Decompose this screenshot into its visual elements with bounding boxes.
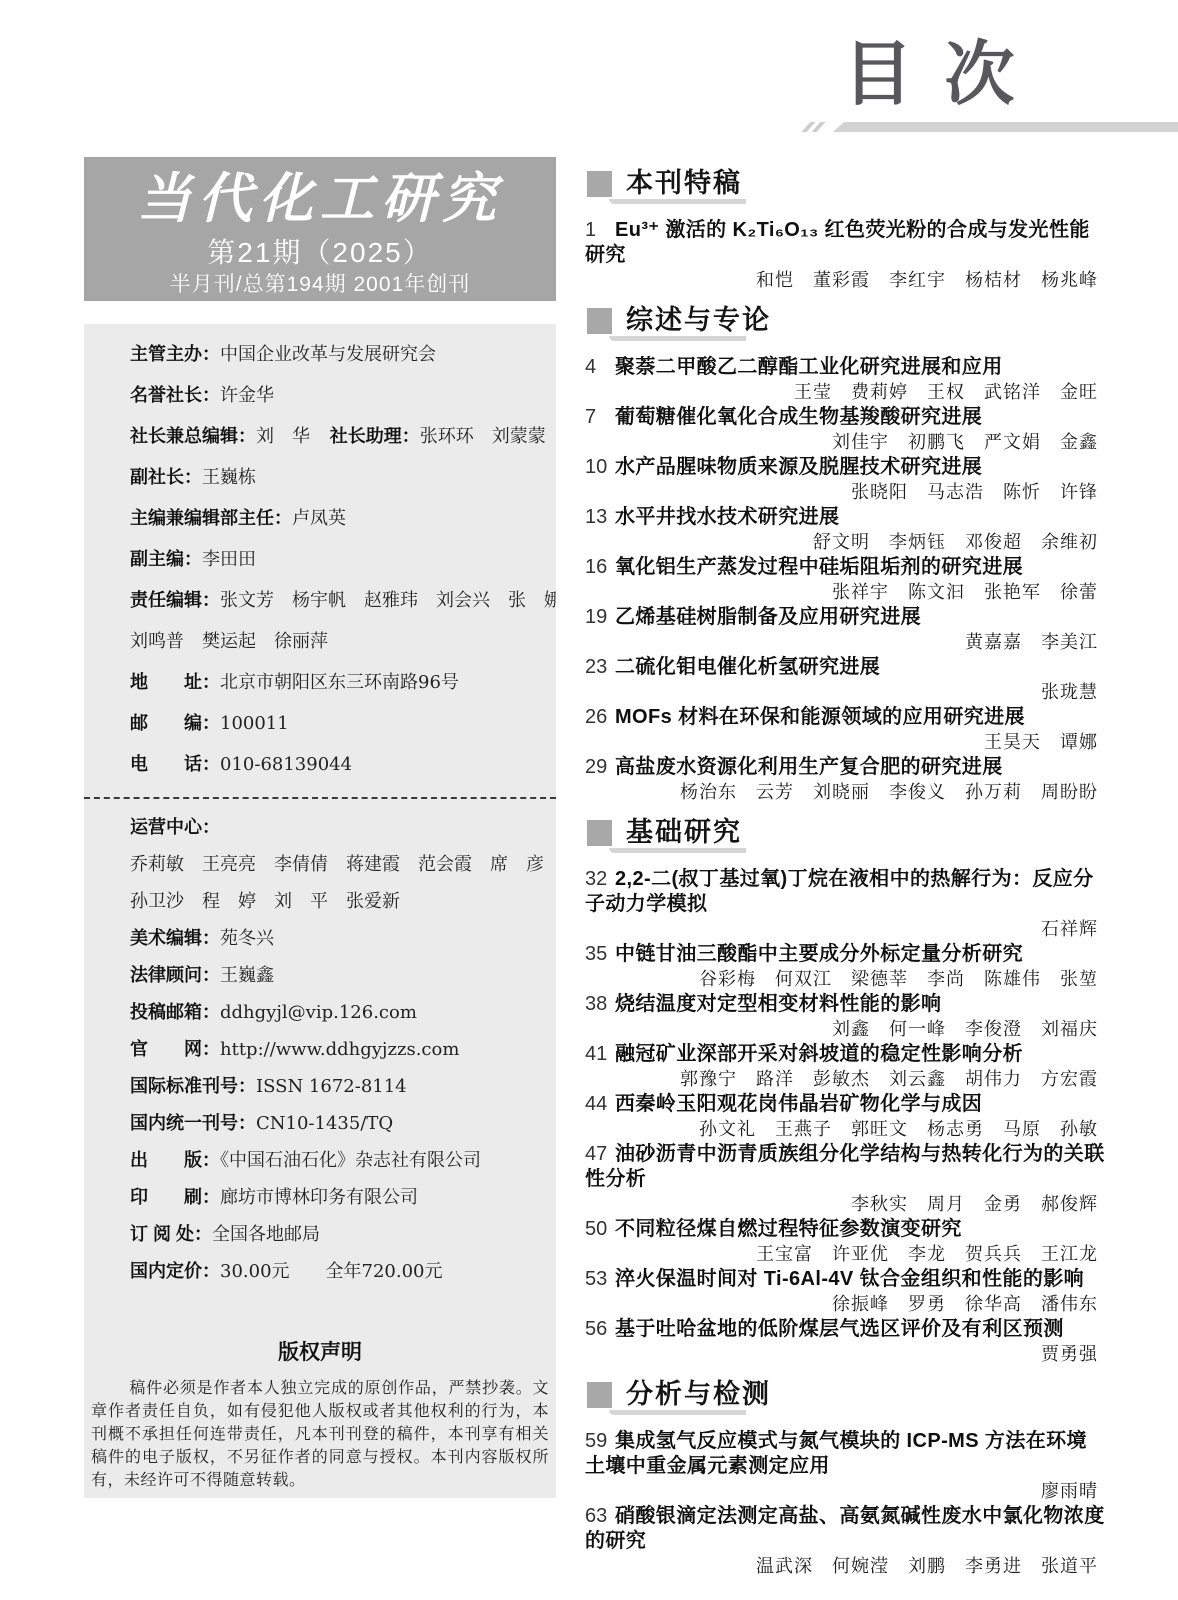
entry-line: 1Eu³⁺ 激活的 K₂Ti₆O₁₃ 红色荧光粉的合成与发光性能研究 bbox=[585, 218, 1106, 268]
entry-page-number: 29 bbox=[585, 755, 615, 780]
toc-entry: 7葡萄糖催化氧化合成生物基羧酸研究进展 刘佳宇 初鹏飞 严文娟 金鑫 bbox=[585, 405, 1106, 455]
section-marker-square-icon bbox=[587, 308, 612, 334]
toc-entry: 23二硫化钼电催化析氢研究进展 张珑慧 bbox=[585, 655, 1106, 705]
field-value: 王巍鑫 bbox=[220, 965, 274, 986]
section-entries: 59集成氢气反应模式与氮气模块的 ICP-MS 方法在环境土壤中重金属元素测定应… bbox=[585, 1429, 1106, 1579]
entry-line: 47油砂沥青中沥青质族组分化学结构与热转化行为的关联性分析 bbox=[585, 1142, 1106, 1192]
masthead-line: 运营中心： bbox=[130, 809, 546, 846]
entry-page-number: 10 bbox=[585, 455, 615, 480]
entry-line: 56基于吐哈盆地的低阶煤层气选区评价及有利区预测 bbox=[585, 1317, 1106, 1342]
entry-authors: 黄嘉嘉 李美江 bbox=[585, 630, 1106, 655]
entry-title: 乙烯基硅树脂制备及应用研究进展 bbox=[615, 606, 921, 628]
masthead-line: 订 阅 处：全国各地邮局 bbox=[130, 1216, 546, 1253]
entry-line: 26MOFs 材料在环保和能源领域的应用研究进展 bbox=[585, 705, 1106, 730]
toc-entry: 29高盐废水资源化利用生产复合肥的研究进展 杨治东 云芳 刘晓丽 李俊义 孙万莉… bbox=[585, 755, 1106, 805]
entry-authors: 王宝富 许亚优 李龙 贺兵兵 王江龙 bbox=[585, 1242, 1106, 1267]
issue-line: 第21期（2025） bbox=[84, 235, 556, 271]
field-label: 责任编辑： bbox=[130, 590, 220, 610]
toc-entry: 50不同粒径煤自燃过程特征参数演变研究 王宝富 许亚优 李龙 贺兵兵 王江龙 bbox=[585, 1217, 1106, 1267]
copyright-body: 稿件必须是作者本人独立完成的原创作品，严禁抄袭。文章作者责任自负，如有侵犯他人版… bbox=[91, 1376, 549, 1491]
section-entries: 4聚萘二甲酸乙二醇酯工业化研究进展和应用 王莹 费莉婷 王权 武铭洋 金旺 7葡… bbox=[585, 355, 1106, 805]
field-value: 刘 华 bbox=[256, 426, 310, 447]
field-value: 张环环 刘蒙蒙 bbox=[420, 426, 546, 447]
operations-lines: 运营中心： 乔莉敏 王亮亮 李倩倩 蒋建霞 范会霞 席 彦 孙卫沙 程 婷 刘 … bbox=[84, 799, 556, 1290]
section-underline-decoration bbox=[609, 336, 746, 341]
field-value: 孙卫沙 程 婷 刘 平 张爱新 bbox=[130, 891, 400, 912]
masthead-line: 法律顾问：王巍鑫 bbox=[130, 957, 546, 994]
toc-section: 基础研究 322,2-二(叔丁基过氧)丁烷在液相中的热解行为：反应分子动力学模拟… bbox=[585, 815, 1106, 1367]
field-value: 《中国石油石化》杂志社有限公司 bbox=[220, 1150, 481, 1171]
masthead-line: 国际标准刊号：ISSN 1672-8114 bbox=[130, 1068, 546, 1105]
toc-section: 综述与专论 4聚萘二甲酸乙二醇酯工业化研究进展和应用 王莹 费莉婷 王权 武铭洋… bbox=[585, 303, 1106, 805]
masthead-line: 国内定价：30.00元 全年720.00元 bbox=[130, 1253, 546, 1290]
field-label: 主管主办： bbox=[130, 344, 220, 364]
masthead-line: 官 网：http://www.ddhgyjzzs.com bbox=[130, 1031, 546, 1068]
left-column: 当代化工研究 第21期（2025） 半月刊/总第194期 2001年创刊 主管主… bbox=[84, 157, 556, 1498]
entry-title: MOFs 材料在环保和能源领域的应用研究进展 bbox=[615, 706, 1025, 728]
section-title: 分析与检测 bbox=[626, 1377, 771, 1411]
toc-entry: 53淬火保温时间对 Ti-6Al-4V 钛合金组织和性能的影响 徐振峰 罗勇 徐… bbox=[585, 1267, 1106, 1317]
entry-title: 葡萄糖催化氧化合成生物基羧酸研究进展 bbox=[615, 406, 982, 428]
masthead-line: 美术编辑：苑冬兴 bbox=[130, 920, 546, 957]
entry-authors: 徐振峰 罗勇 徐华高 潘伟东 bbox=[585, 1292, 1106, 1317]
entry-authors: 张晓阳 马志浩 陈忻 许锋 bbox=[585, 480, 1106, 505]
entry-authors: 张珑慧 bbox=[585, 680, 1106, 705]
masthead-line: 出 版：《中国石油石化》杂志社有限公司 bbox=[130, 1142, 546, 1179]
entry-page-number: 16 bbox=[585, 555, 615, 580]
entry-title: 硝酸银滴定法测定高盐、高氨氮碱性废水中氯化物浓度的研究 bbox=[585, 1505, 1105, 1552]
entry-page-number: 44 bbox=[585, 1092, 615, 1117]
entry-title: 基于吐哈盆地的低阶煤层气选区评价及有利区预测 bbox=[615, 1318, 1064, 1340]
toc-entry: 35中链甘油三酸酯中主要成分外标定量分析研究 谷彩梅 何双江 梁德莘 李尚 陈雄… bbox=[585, 942, 1106, 992]
masthead-line: 社长兼总编辑：刘 华社长助理：张环环 刘蒙蒙 bbox=[130, 416, 546, 457]
field-label: 副社长： bbox=[130, 467, 202, 487]
entry-page-number: 38 bbox=[585, 992, 615, 1017]
entry-page-number: 41 bbox=[585, 1042, 615, 1067]
toc-section: 本刊特稿 1Eu³⁺ 激活的 K₂Ti₆O₁₃ 红色荧光粉的合成与发光性能研究 … bbox=[585, 166, 1106, 293]
entry-page-number: 50 bbox=[585, 1217, 615, 1242]
entry-page-number: 23 bbox=[585, 655, 615, 680]
field-value: 廊坊市博林印务有限公司 bbox=[220, 1187, 418, 1208]
entry-line: 16氧化铝生产蒸发过程中硅垢阻垢剂的研究进展 bbox=[585, 555, 1106, 580]
toc-entry: 59集成氢气反应模式与氮气模块的 ICP-MS 方法在环境土壤中重金属元素测定应… bbox=[585, 1429, 1106, 1504]
toc-entry: 4聚萘二甲酸乙二醇酯工业化研究进展和应用 王莹 费莉婷 王权 武铭洋 金旺 bbox=[585, 355, 1106, 405]
field-value: 苑冬兴 bbox=[220, 928, 274, 949]
entry-authors: 张祥宇 陈文汩 张艳军 徐蕾 bbox=[585, 580, 1106, 605]
entry-authors: 杨治东 云芳 刘晓丽 李俊义 孙万莉 周盼盼 bbox=[585, 780, 1106, 805]
entry-title: 聚萘二甲酸乙二醇酯工业化研究进展和应用 bbox=[615, 356, 1003, 378]
section-header: 综述与专论 bbox=[585, 303, 1106, 339]
field-label: 国内定价： bbox=[130, 1261, 220, 1281]
entry-page-number: 53 bbox=[585, 1267, 615, 1292]
entry-line: 50不同粒径煤自燃过程特征参数演变研究 bbox=[585, 1217, 1106, 1242]
entry-authors: 廖雨晴 bbox=[585, 1479, 1106, 1504]
entry-authors: 刘佳宇 初鹏飞 严文娟 金鑫 bbox=[585, 430, 1106, 455]
toc-entry: 16氧化铝生产蒸发过程中硅垢阻垢剂的研究进展 张祥宇 陈文汩 张艳军 徐蕾 bbox=[585, 555, 1106, 605]
field-label: 社长兼总编辑： bbox=[130, 426, 256, 446]
field-label: 美术编辑： bbox=[130, 928, 220, 948]
entry-line: 63硝酸银滴定法测定高盐、高氨氮碱性废水中氯化物浓度的研究 bbox=[585, 1504, 1106, 1554]
masthead-line: 印 刷：廊坊市博林印务有限公司 bbox=[130, 1179, 546, 1216]
masthead-lines: 主管主办：中国企业改革与发展研究会 名誉社长：许金华 社长兼总编辑：刘 华社长助… bbox=[84, 324, 556, 785]
entry-line: 322,2-二(叔丁基过氧)丁烷在液相中的热解行为：反应分子动力学模拟 bbox=[585, 867, 1106, 917]
toc-entry: 47油砂沥青中沥青质族组分化学结构与热转化行为的关联性分析 李秋实 周月 金勇 … bbox=[585, 1142, 1106, 1217]
entry-title: 二硫化钼电催化析氢研究进展 bbox=[615, 656, 880, 678]
toc-entry: 1Eu³⁺ 激活的 K₂Ti₆O₁₃ 红色荧光粉的合成与发光性能研究 和恺 董彩… bbox=[585, 218, 1106, 293]
entry-line: 19乙烯基硅树脂制备及应用研究进展 bbox=[585, 605, 1106, 630]
toc-sections: 本刊特稿 1Eu³⁺ 激活的 K₂Ti₆O₁₃ 红色荧光粉的合成与发光性能研究 … bbox=[585, 166, 1106, 1579]
toc-entry: 322,2-二(叔丁基过氧)丁烷在液相中的热解行为：反应分子动力学模拟 石祥辉 bbox=[585, 867, 1106, 942]
field-value: 李田田 bbox=[202, 549, 256, 570]
field-label: 订 阅 处： bbox=[130, 1224, 212, 1244]
toc-entry: 38烧结温度对定型相变材料性能的影响 刘鑫 何一峰 李俊澄 刘福庆 bbox=[585, 992, 1106, 1042]
field-label: 地 址： bbox=[130, 672, 220, 692]
field-label: 投稿邮箱： bbox=[130, 1002, 220, 1022]
section-title: 综述与专论 bbox=[626, 303, 771, 337]
field-label: 社长助理： bbox=[330, 426, 420, 446]
toc-entry: 10水产品腥味物质来源及脱腥技术研究进展 张晓阳 马志浩 陈忻 许锋 bbox=[585, 455, 1106, 505]
entry-title: 高盐废水资源化利用生产复合肥的研究进展 bbox=[615, 756, 1003, 778]
masthead-line: 国内统一刊号：CN10-1435/TQ bbox=[130, 1105, 546, 1142]
field-value: 张文芳 杨宇帆 赵雅玮 刘会兴 张 娜 bbox=[220, 590, 556, 611]
entry-authors: 温武深 何婉滢 刘鹏 李勇进 张道平 bbox=[585, 1554, 1106, 1579]
field-value: 卢凤英 bbox=[292, 508, 346, 529]
field-value: 中国企业改革与发展研究会 bbox=[220, 344, 436, 365]
masthead-box: 主管主办：中国企业改革与发展研究会 名誉社长：许金华 社长兼总编辑：刘 华社长助… bbox=[84, 324, 556, 1498]
banner-rule-decoration bbox=[833, 122, 1178, 132]
entry-authors: 孙文礼 王燕子 郭旺文 杨志勇 马原 孙敏 bbox=[585, 1117, 1106, 1142]
field-label: 官 网： bbox=[130, 1039, 220, 1059]
section-entries: 322,2-二(叔丁基过氧)丁烷在液相中的热解行为：反应分子动力学模拟 石祥辉 … bbox=[585, 867, 1106, 1367]
entry-line: 41融冠矿业深部开采对斜坡道的稳定性影响分析 bbox=[585, 1042, 1106, 1067]
field-label: 出 版： bbox=[130, 1150, 220, 1170]
entry-page-number: 13 bbox=[585, 505, 615, 530]
field-value: ddhgyjl@vip.126.com bbox=[220, 1002, 417, 1023]
entry-title: 淬火保温时间对 Ti-6Al-4V 钛合金组织和性能的影响 bbox=[615, 1268, 1084, 1290]
masthead-line: 副社长：王巍栋 bbox=[130, 457, 546, 498]
masthead-line: 投稿邮箱：ddhgyjl@vip.126.com bbox=[130, 994, 546, 1031]
toc-entry: 44西秦岭玉阳观花岗伟晶岩矿物化学与成因 孙文礼 王燕子 郭旺文 杨志勇 马原 … bbox=[585, 1092, 1106, 1142]
section-entries: 1Eu³⁺ 激活的 K₂Ti₆O₁₃ 红色荧光粉的合成与发光性能研究 和恺 董彩… bbox=[585, 218, 1106, 293]
section-header: 分析与检测 bbox=[585, 1377, 1106, 1413]
field-value: 30.00元 全年720.00元 bbox=[220, 1261, 443, 1282]
toc-entry: 26MOFs 材料在环保和能源领域的应用研究进展 王昊天 谭娜 bbox=[585, 705, 1106, 755]
entry-line: 53淬火保温时间对 Ti-6Al-4V 钛合金组织和性能的影响 bbox=[585, 1267, 1106, 1292]
entry-title: 2,2-二(叔丁基过氧)丁烷在液相中的热解行为：反应分子动力学模拟 bbox=[585, 868, 1094, 915]
entry-page-number: 56 bbox=[585, 1317, 615, 1342]
entry-authors: 谷彩梅 何双江 梁德莘 李尚 陈雄伟 张堃 bbox=[585, 967, 1106, 992]
masthead-line: 刘鸣普 樊运起 徐丽萍 bbox=[130, 621, 546, 662]
toc-page: 目 次 当代化工研究 第21期（2025） 半月刊/总第194期 2001年创刊… bbox=[0, 0, 1178, 1600]
entry-page-number: 1 bbox=[585, 218, 615, 243]
entry-authors: 舒文明 李炳钰 邓俊超 余维初 bbox=[585, 530, 1106, 555]
entry-page-number: 63 bbox=[585, 1504, 615, 1529]
frequency-line: 半月刊/总第194期 2001年创刊 bbox=[84, 271, 556, 299]
entry-line: 23二硫化钼电催化析氢研究进展 bbox=[585, 655, 1106, 680]
masthead-line: 地 址：北京市朝阳区东三环南路96号 bbox=[130, 662, 546, 703]
masthead-line: 名誉社长：许金华 bbox=[130, 375, 546, 416]
toc-entry: 56基于吐哈盆地的低阶煤层气选区评价及有利区预测 贾勇强 bbox=[585, 1317, 1106, 1367]
entry-authors: 王昊天 谭娜 bbox=[585, 730, 1106, 755]
field-value: 王巍栋 bbox=[202, 467, 256, 488]
field-value: 许金华 bbox=[220, 385, 274, 406]
entry-title: 水产品腥味物质来源及脱腥技术研究进展 bbox=[615, 456, 982, 478]
section-underline-decoration bbox=[609, 848, 746, 853]
field-label: 邮 编： bbox=[130, 713, 220, 733]
field-value: 北京市朝阳区东三环南路96号 bbox=[220, 672, 459, 693]
field-label: 名誉社长： bbox=[130, 385, 220, 405]
entry-authors: 和恺 董彩霞 李红宇 杨桔材 杨兆峰 bbox=[585, 268, 1106, 293]
masthead-line: 孙卫沙 程 婷 刘 平 张爱新 bbox=[130, 883, 546, 920]
entry-page-number: 4 bbox=[585, 355, 615, 380]
entry-authors: 李秋实 周月 金勇 郝俊辉 bbox=[585, 1192, 1106, 1217]
field-value: 乔莉敏 王亮亮 李倩倩 蒋建霞 范会霞 席 彦 bbox=[130, 854, 544, 875]
entry-line: 4聚萘二甲酸乙二醇酯工业化研究进展和应用 bbox=[585, 355, 1106, 380]
masthead-line: 主编兼编辑部主任：卢凤英 bbox=[130, 498, 546, 539]
field-value: CN10-1435/TQ bbox=[256, 1113, 393, 1134]
field-label: 国际标准刊号： bbox=[130, 1076, 256, 1096]
page-title: 目 次 bbox=[843, 34, 1020, 114]
masthead-line: 责任编辑：张文芳 杨宇帆 赵雅玮 刘会兴 张 娜 bbox=[130, 580, 546, 621]
toc-entry: 63硝酸银滴定法测定高盐、高氨氮碱性废水中氯化物浓度的研究 温武深 何婉滢 刘鹏… bbox=[585, 1504, 1106, 1579]
copyright-title: 版权声明 bbox=[91, 1338, 549, 1368]
entry-title: 氧化铝生产蒸发过程中硅垢阻垢剂的研究进展 bbox=[615, 556, 1023, 578]
masthead-line: 副主编：李田田 bbox=[130, 539, 546, 580]
field-label: 印 刷： bbox=[130, 1187, 220, 1207]
entry-authors: 王莹 费莉婷 王权 武铭洋 金旺 bbox=[585, 380, 1106, 405]
entry-title: 中链甘油三酸酯中主要成分外标定量分析研究 bbox=[615, 943, 1023, 965]
entry-title: 融冠矿业深部开采对斜坡道的稳定性影响分析 bbox=[615, 1043, 1023, 1065]
field-value: 010-68139044 bbox=[220, 754, 352, 775]
toc-entry: 41融冠矿业深部开采对斜坡道的稳定性影响分析 郭豫宁 路洋 彭敏杰 刘云鑫 胡伟… bbox=[585, 1042, 1106, 1092]
entry-title: 不同粒径煤自燃过程特征参数演变研究 bbox=[615, 1218, 962, 1240]
entry-page-number: 19 bbox=[585, 605, 615, 630]
masthead-line: 主管主办：中国企业改革与发展研究会 bbox=[130, 334, 546, 375]
entry-page-number: 59 bbox=[585, 1429, 615, 1454]
section-header: 本刊特稿 bbox=[585, 166, 1106, 202]
field-value: ISSN 1672-8114 bbox=[256, 1076, 407, 1097]
entry-line: 44西秦岭玉阳观花岗伟晶岩矿物化学与成因 bbox=[585, 1092, 1106, 1117]
journal-name: 当代化工研究 bbox=[84, 157, 556, 235]
entry-authors: 郭豫宁 路洋 彭敏杰 刘云鑫 胡伟力 方宏霞 bbox=[585, 1067, 1106, 1092]
section-marker-square-icon bbox=[587, 171, 612, 197]
entry-authors: 刘鑫 何一峰 李俊澄 刘福庆 bbox=[585, 1017, 1106, 1042]
entry-title: 烧结温度对定型相变材料性能的影响 bbox=[615, 993, 941, 1015]
field-label: 法律顾问： bbox=[130, 965, 220, 985]
entry-line: 29高盐废水资源化利用生产复合肥的研究进展 bbox=[585, 755, 1106, 780]
section-header: 基础研究 bbox=[585, 815, 1106, 851]
journal-cover-box: 当代化工研究 第21期（2025） 半月刊/总第194期 2001年创刊 bbox=[84, 157, 556, 301]
field-value: 全国各地邮局 bbox=[212, 1224, 320, 1245]
entry-line: 13水平井找水技术研究进展 bbox=[585, 505, 1106, 530]
masthead-line: 乔莉敏 王亮亮 李倩倩 蒋建霞 范会霞 席 彦 bbox=[130, 846, 546, 883]
entry-authors: 石祥辉 bbox=[585, 917, 1106, 942]
field-value: 100011 bbox=[220, 713, 289, 734]
toc-entry: 13水平井找水技术研究进展 舒文明 李炳钰 邓俊超 余维初 bbox=[585, 505, 1106, 555]
entry-page-number: 26 bbox=[585, 705, 615, 730]
entry-line: 38烧结温度对定型相变材料性能的影响 bbox=[585, 992, 1106, 1017]
copyright-notice: 版权声明 稿件必须是作者本人独立完成的原创作品，严禁抄袭。文章作者责任自负，如有… bbox=[84, 1338, 556, 1491]
section-title: 本刊特稿 bbox=[626, 166, 742, 200]
section-underline-decoration bbox=[609, 199, 746, 204]
toc-entry: 19乙烯基硅树脂制备及应用研究进展 黄嘉嘉 李美江 bbox=[585, 605, 1106, 655]
field-label: 运营中心： bbox=[130, 817, 220, 837]
entry-title: 集成氢气反应模式与氮气模块的 ICP-MS 方法在环境土壤中重金属元素测定应用 bbox=[585, 1430, 1087, 1477]
section-marker-square-icon bbox=[587, 1382, 612, 1408]
entry-line: 10水产品腥味物质来源及脱腥技术研究进展 bbox=[585, 455, 1106, 480]
field-value: 刘鸣普 樊运起 徐丽萍 bbox=[130, 631, 328, 652]
field-label: 副主编： bbox=[130, 549, 202, 569]
field-label: 电 话： bbox=[130, 754, 220, 774]
entry-title: 油砂沥青中沥青质族组分化学结构与热转化行为的关联性分析 bbox=[585, 1143, 1105, 1190]
field-label: 国内统一刊号： bbox=[130, 1113, 256, 1133]
entry-authors: 贾勇强 bbox=[585, 1342, 1106, 1367]
entry-line: 35中链甘油三酸酯中主要成分外标定量分析研究 bbox=[585, 942, 1106, 967]
field-value: http://www.ddhgyjzzs.com bbox=[220, 1039, 459, 1060]
masthead-line: 邮 编：100011 bbox=[130, 703, 546, 744]
entry-page-number: 35 bbox=[585, 942, 615, 967]
field-label: 主编兼编辑部主任： bbox=[130, 508, 292, 528]
entry-title: 水平井找水技术研究进展 bbox=[615, 506, 839, 528]
entry-page-number: 32 bbox=[585, 867, 615, 892]
entry-line: 7葡萄糖催化氧化合成生物基羧酸研究进展 bbox=[585, 405, 1106, 430]
entry-line: 59集成氢气反应模式与氮气模块的 ICP-MS 方法在环境土壤中重金属元素测定应… bbox=[585, 1429, 1106, 1479]
entry-title: Eu³⁺ 激活的 K₂Ti₆O₁₃ 红色荧光粉的合成与发光性能研究 bbox=[585, 219, 1090, 266]
toc-section: 分析与检测 59集成氢气反应模式与氮气模块的 ICP-MS 方法在环境土壤中重金… bbox=[585, 1377, 1106, 1579]
entry-page-number: 47 bbox=[585, 1142, 615, 1167]
entry-title: 西秦岭玉阳观花岗伟晶岩矿物化学与成因 bbox=[615, 1093, 982, 1115]
entry-page-number: 7 bbox=[585, 405, 615, 430]
section-underline-decoration bbox=[609, 1410, 746, 1415]
section-title: 基础研究 bbox=[626, 815, 742, 849]
masthead-line: 电 话：010-68139044 bbox=[130, 744, 546, 785]
section-marker-square-icon bbox=[587, 820, 612, 846]
